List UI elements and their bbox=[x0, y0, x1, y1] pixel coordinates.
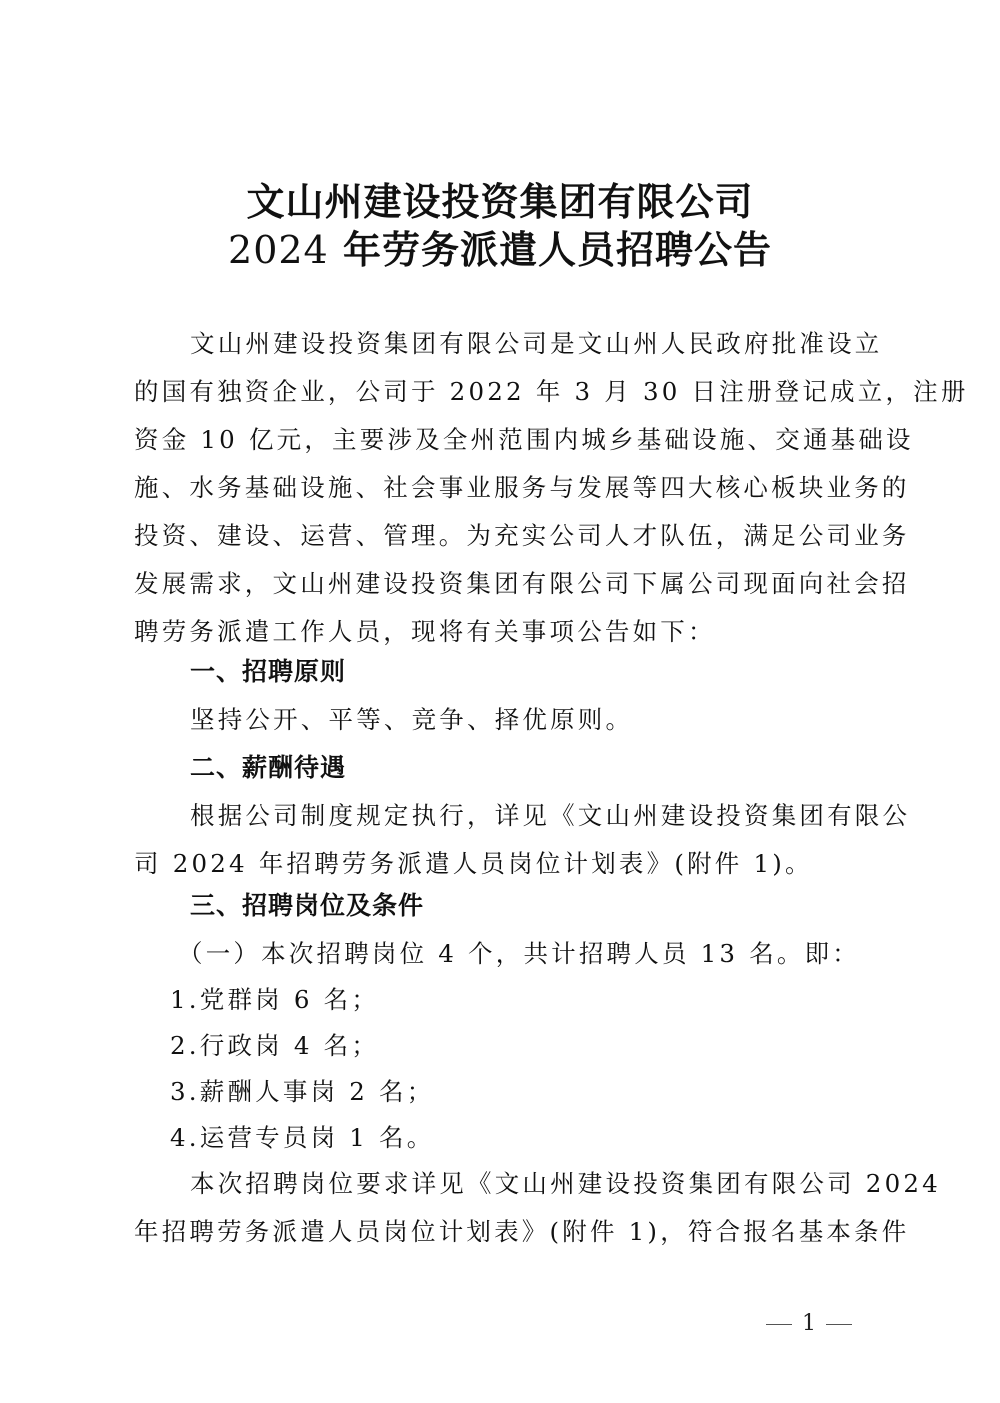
section-body-line: 根据公司制度规定执行，详见《文山州建设投资集团有限公 bbox=[190, 796, 910, 836]
section-heading-principles: 一、招聘原则 bbox=[190, 652, 346, 692]
position-item: 2.行政岗 4 名； bbox=[170, 1026, 379, 1066]
section-body-line: 坚持公开、平等、竞争、择优原则。 bbox=[190, 700, 633, 740]
page-number: 1 bbox=[802, 1311, 816, 1336]
position-item: 3.薪酬人事岗 2 名； bbox=[170, 1072, 434, 1112]
intro-line: 的国有独资企业，公司于 2022 年 3 月 30 日注册登记成立，注册 bbox=[134, 372, 969, 412]
section-subheading: （一）本次招聘岗位 4 个，共计招聘人员 13 名。即： bbox=[178, 934, 860, 974]
intro-line: 投资、建设、运营、管理。为充实公司人才队伍，满足公司业务 bbox=[134, 516, 910, 556]
position-item: 4.运营专员岗 1 名。 bbox=[170, 1118, 434, 1158]
footer-dash-left bbox=[766, 1324, 792, 1325]
position-item: 1.党群岗 6 名； bbox=[170, 980, 379, 1020]
section-heading-positions: 三、招聘岗位及条件 bbox=[190, 886, 424, 926]
document-page: 文山州建设投资集团有限公司 2024 年劳务派遣人员招聘公告 文山州建设投资集团… bbox=[0, 0, 1000, 1403]
title-subject: 年劳务派遣人员招聘公告 bbox=[329, 227, 772, 272]
intro-line: 聘劳务派遣工作人员，现将有关事项公告如下： bbox=[134, 612, 716, 652]
section-body-line: 司 2024 年招聘劳务派遣人员岗位计划表》(附件 1)。 bbox=[134, 844, 813, 884]
section-body-line: 本次招聘岗位要求详见《文山州建设投资集团有限公司 2024 bbox=[190, 1164, 941, 1204]
intro-line: 文山州建设投资集团有限公司是文山州人民政府批准设立 bbox=[190, 324, 883, 364]
document-title-line1: 文山州建设投资集团有限公司 bbox=[0, 178, 1000, 226]
title-year: 2024 bbox=[228, 228, 329, 272]
page-number-footer: 1 bbox=[756, 1306, 862, 1342]
section-body-line: 年招聘劳务派遣人员岗位计划表》(附件 1)，符合报名基本条件 bbox=[134, 1212, 910, 1252]
document-title-line2: 2024 年劳务派遣人员招聘公告 bbox=[0, 226, 1000, 274]
intro-line: 发展需求，文山州建设投资集团有限公司下属公司现面向社会招 bbox=[134, 564, 910, 604]
intro-line: 施、水务基础设施、社会事业服务与发展等四大核心板块业务的 bbox=[134, 468, 910, 508]
footer-dash-right bbox=[826, 1324, 852, 1325]
section-heading-compensation: 二、薪酬待遇 bbox=[190, 748, 346, 788]
intro-line: 资金 10 亿元，主要涉及全州范围内城乡基础设施、交通基础设 bbox=[134, 420, 914, 460]
